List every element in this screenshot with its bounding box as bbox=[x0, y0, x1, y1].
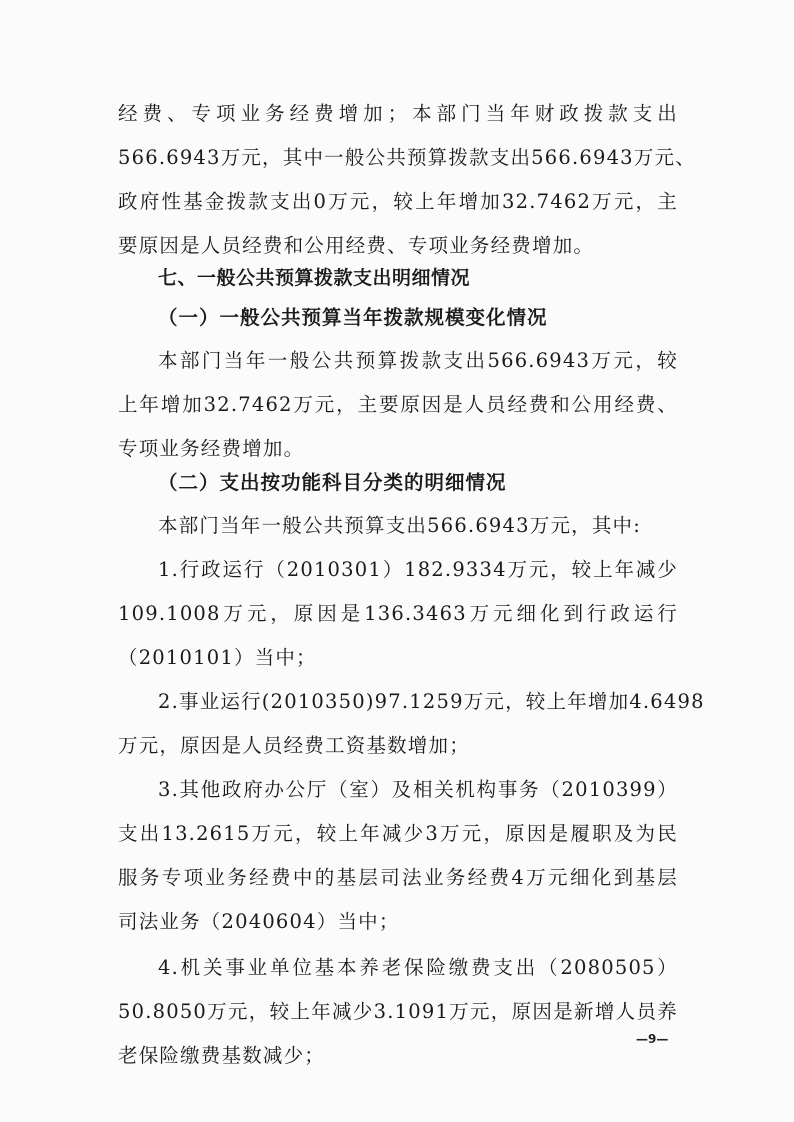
paragraph-line: 本部门当年一般公共预算支出566.6943万元，其中: bbox=[158, 513, 678, 539]
list-item-line: 服务专项业务经费中的基层司法业务经费4万元细化到基层 bbox=[118, 865, 678, 891]
list-item-line: 50.8050万元，较上年减少3.1091万元，原因是新增人员养 bbox=[118, 999, 678, 1025]
paragraph-line: 566.6943万元，其中一般公共预算拨款支出566.6943万元、 bbox=[118, 145, 678, 171]
list-item-line: 支出13.2615万元，较上年减少3万元，原因是履职及为民 bbox=[118, 821, 678, 847]
section-heading: 七、一般公共预算拨款支出明细情况 bbox=[158, 265, 678, 291]
list-item-line: 司法业务（2040604）当中； bbox=[118, 909, 678, 935]
paragraph-line: 政府性基金拨款支出0万元，较上年增加32.7462万元，主 bbox=[118, 189, 678, 215]
list-item-line: 2.事业运行(2010350)97.1259万元，较上年增加4.6498 bbox=[158, 689, 678, 715]
paragraph-line: 经费、专项业务经费增加；本部门当年财政拨款支出 bbox=[118, 101, 678, 127]
paragraph-line: 本部门当年一般公共预算拨款支出566.6943万元，较 bbox=[158, 348, 678, 374]
paragraph-line: 专项业务经费增加。 bbox=[118, 436, 678, 462]
list-item-line: 109.1008万元，原因是136.3463万元细化到行政运行 bbox=[118, 601, 678, 627]
subsection-heading: （一）一般公共预算当年拨款规模变化情况 bbox=[158, 305, 678, 331]
paragraph-line: 要原因是人员经费和公用经费、专项业务经费增加。 bbox=[118, 233, 678, 259]
list-item-line: （2010101）当中； bbox=[118, 645, 678, 671]
list-item-line: 老保险缴费基数减少； bbox=[118, 1043, 678, 1069]
list-item-line: 1.行政运行（2010301）182.9334万元，较上年减少 bbox=[158, 557, 678, 583]
paragraph-line: 上年增加32.7462万元，主要原因是人员经费和公用经费、 bbox=[118, 392, 678, 418]
document-page: 经费、专项业务经费增加；本部门当年财政拨款支出 566.6943万元，其中一般公… bbox=[0, 0, 794, 1122]
list-item-line: 3.其他政府办公厅（室）及相关机构事务（2010399） bbox=[158, 777, 678, 803]
subsection-heading: （二）支出按功能科目分类的明细情况 bbox=[158, 470, 678, 496]
list-item-line: 4.机关事业单位基本养老保险缴费支出（2080505） bbox=[158, 955, 678, 981]
list-item-line: 万元，原因是人员经费工资基数增加； bbox=[118, 733, 678, 759]
page-number: —9— bbox=[636, 1032, 668, 1046]
